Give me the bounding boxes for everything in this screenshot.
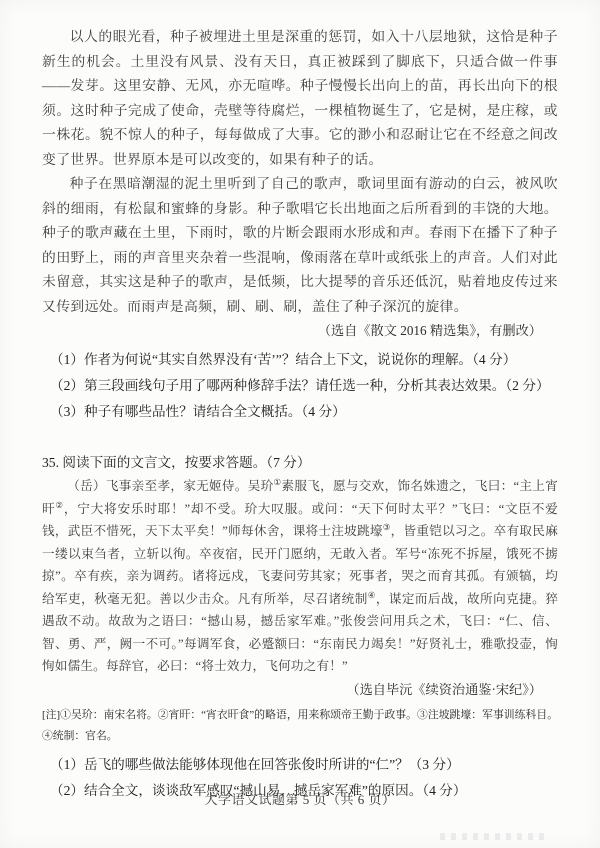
exam-page: 以人的眼光看，种子被埋进土里是深重的惩罚，如入十八层地狱，这恰是种子新生的机会。…	[0, 0, 600, 848]
essay-question-3: （3）种子有哪些品性？请结合全文概括。（4 分）	[42, 399, 558, 425]
faint-watermark	[440, 833, 550, 840]
essay-paragraph-1: 以人的眼光看，种子被埋进土里是深重的惩罚，如入十八层地狱，这恰是种子新生的机会。…	[42, 25, 558, 172]
essay-questions: （1）作者为何说“其实自然界没有‘苦’”？结合上下文，说说你的理解。（4 分） …	[42, 347, 558, 425]
passage-notes: [注]①吴玠：南宋名将。②宵旰：“宵衣旰食”的略语，用来称颂帝王勤于政事。③注坡…	[42, 705, 558, 748]
page-content: 以人的眼光看，种子被埋进土里是深重的惩罚，如入十八层地狱，这恰是种子新生的机会。…	[0, 0, 600, 804]
essay-paragraph-2: 种子在黑暗潮湿的泥土里听到了自己的歌声，歌词里面有游动的白云，被风吹斜的细雨，有…	[42, 172, 558, 319]
question-35-heading: 35. 阅读下面的文言文，按要求答题。（7 分）	[42, 451, 558, 475]
essay-question-2: （2）第三段画线句子用了哪两种修辞手法？请任选一种，分析其表达效果。（2 分）	[42, 373, 558, 399]
page-footer: 大学语文试题第 5 页（共 6 页）	[0, 789, 600, 808]
essay-question-1: （1）作者为何说“其实自然界没有‘苦’”？结合上下文，说说你的理解。（4 分）	[42, 347, 558, 373]
essay-source: （选自《散文 2016 精选集》，有删改）	[42, 319, 558, 343]
classical-passage: （岳）飞事亲至孝，家无姬侍。吴玠①素服飞，愿与交欢，饰名姝遗之，飞曰：“主上宵旰…	[42, 475, 558, 678]
classical-source: （选自毕沅《续资治通鉴·宋纪》）	[42, 678, 558, 702]
classical-question-1: （1）岳飞的哪些做法能够体现他在回答张俊时所讲的“仁”？（3 分）	[42, 752, 558, 778]
